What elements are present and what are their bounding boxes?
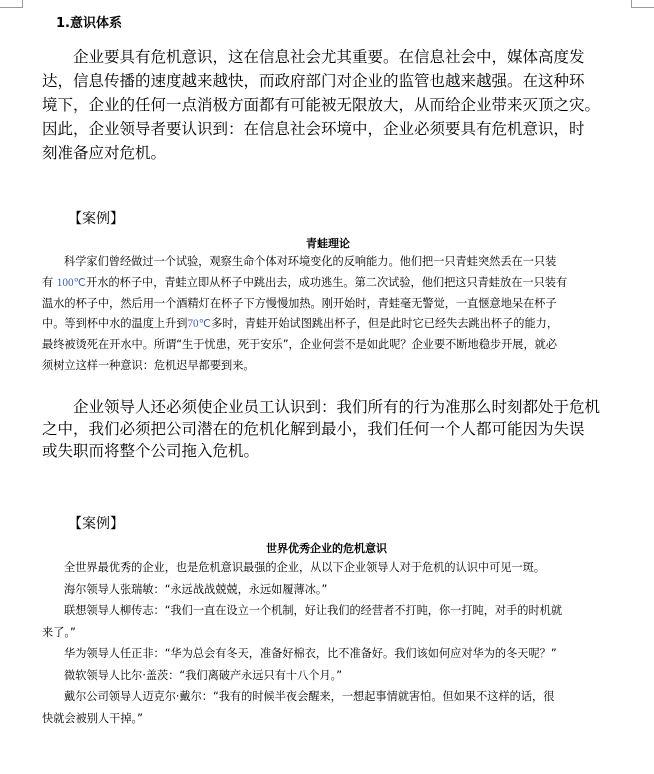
middle-paragraph: 企业领导人还必须使企业员工认识到：我们所有的行为准那么时刻都处于危机 之中，我们… bbox=[42, 396, 582, 462]
text-line: 或失职而将整个公司拖入危机。 bbox=[42, 440, 582, 462]
text-line: 科学家们曾经做过一个试验，观察生命个体对环境变化的反响能力。他们把一只青蛙突然丢… bbox=[42, 252, 602, 273]
text-line: 最终被烫死在开水中。所谓“生于忧患，死于安乐”，企业何尝不是如此呢？企业要不断地… bbox=[42, 335, 602, 356]
case-label: 【案例】 bbox=[68, 513, 124, 533]
quote-line: 海尔领导人张瑞敏：“永远战战兢兢，永远如履薄冰。” bbox=[42, 579, 602, 601]
section-heading: 1.意识体系 bbox=[56, 12, 122, 31]
text-line: 有 100℃开水的杯子中，青蛙立即从杯子中跳出去，成功逃生。第二次试验，他们把这… bbox=[42, 273, 602, 294]
page-corner-mark-top-left bbox=[0, 0, 23, 8]
case1-body: 科学家们曾经做过一个试验，观察生命个体对环境变化的反响能力。他们把一只青蛙突然丢… bbox=[42, 252, 602, 377]
quote-line: 华为领导人任正非：“华为总会有冬天，准备好棉衣，比不准备好。我们该如何应对华为的… bbox=[42, 643, 602, 665]
temperature-value: 100℃ bbox=[57, 277, 86, 289]
text-line: 全世界最优秀的企业，也是危机意识最强的企业，从以下企业领导人对于危机的认识中可见… bbox=[42, 557, 602, 579]
text-line: 企业领导人还必须使企业员工认识到：我们所有的行为准那么时刻都处于危机 bbox=[42, 396, 582, 418]
quote-line: 微软领导人比尔·盖茨：“我们离破产永远只有十八个月。” bbox=[42, 665, 602, 687]
temperature-value: 70℃ bbox=[187, 318, 211, 330]
text-fragment: 多时，青蛙开始试图跳出杯子，但是此时它已经失去跳出杯子的能力， bbox=[211, 317, 558, 330]
page-corner-mark-top-right bbox=[631, 0, 654, 8]
text-line: 温水的杯子中，然后用一个酒精灯在杯子下方慢慢加热。刚开始时，青蛙毫无警觉，一直惬… bbox=[42, 294, 602, 315]
text-line: 企业要具有危机意识，这在信息社会尤其重要。在信息社会中，媒体高度发 bbox=[42, 45, 582, 69]
text-line: 刻准备应对危机。 bbox=[42, 141, 582, 165]
case2-body: 全世界最优秀的企业，也是危机意识最强的企业，从以下企业领导人对于危机的认识中可见… bbox=[42, 557, 602, 729]
text-fragment: 有 bbox=[42, 276, 57, 289]
text-line: 达，信息传播的速度越来越快，而政府部门对企业的监管也越来越强。在这种环 bbox=[42, 69, 582, 93]
quote-line: 快就会被别人干掉。” bbox=[42, 708, 602, 730]
case-title: 青蛙理论 bbox=[306, 235, 350, 251]
case-title: 世界优秀企业的危机意识 bbox=[266, 540, 387, 556]
text-line: 中。等到杯中水的温度上升到70℃多时，青蛙开始试图跳出杯子，但是此时它已经失去跳… bbox=[42, 314, 602, 335]
text-line: 境下，企业的任何一点消极方面都有可能被无限放大，从而给企业带来灭顶之灾。 bbox=[42, 93, 582, 117]
text-line: 因此，企业领导者要认识到：在信息社会环境中，企业必须要具有危机意识，时 bbox=[42, 117, 582, 141]
quote-line: 戴尔公司领导人迈克尔·戴尔：“我有的时候半夜会醒来，一想起事情就害怕。但如果不这… bbox=[42, 686, 602, 708]
quote-line: 联想领导人柳传志：“我们一直在设立一个机制，好让我们的经营者不打盹，你一打盹，对… bbox=[42, 600, 602, 622]
quote-line: 来了。” bbox=[42, 622, 602, 644]
text-fragment: 开水的杯子中，青蛙立即从杯子中跳出去，成功逃生。第二次试验，他们把这只青蛙放在一… bbox=[86, 276, 567, 289]
text-fragment: 中。等到杯中水的温度上升到 bbox=[42, 317, 187, 330]
intro-paragraph: 企业要具有危机意识，这在信息社会尤其重要。在信息社会中，媒体高度发 达，信息传播… bbox=[42, 45, 582, 165]
case-label: 【案例】 bbox=[68, 208, 124, 228]
text-line: 须树立这样一种意识：危机迟早都要到来。 bbox=[42, 356, 602, 377]
text-line: 之中，我们必须把公司潜在的危机化解到最小，我们任何一个人都可能因为失误 bbox=[42, 418, 582, 440]
